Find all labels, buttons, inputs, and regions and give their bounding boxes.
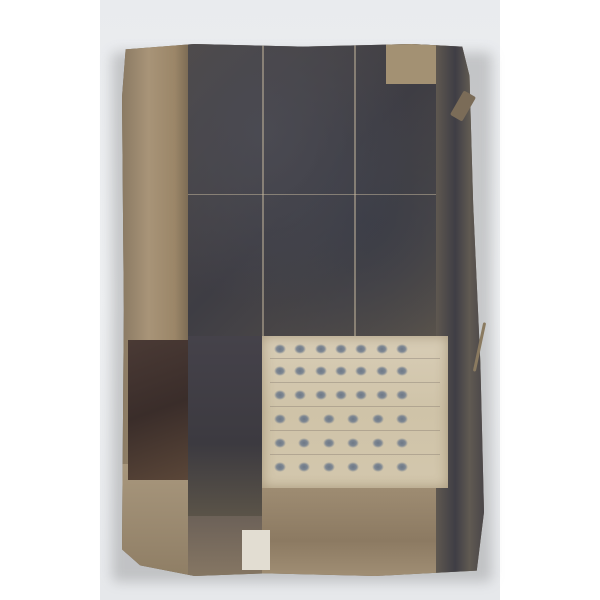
white-paper-tag — [242, 530, 270, 570]
handwriting-row — [274, 438, 408, 448]
handwriting-row — [274, 462, 408, 472]
horizontal-crease — [188, 194, 436, 195]
label-rule — [270, 430, 440, 431]
vertical-crease — [262, 44, 264, 336]
dark-cover-left-patch — [128, 340, 188, 480]
handwriting-row — [274, 390, 408, 400]
label-rule — [270, 358, 440, 359]
handwriting-row — [274, 414, 408, 424]
dark-cover-upper — [188, 44, 436, 336]
label-rule — [270, 406, 440, 407]
handwriting-row — [274, 366, 408, 376]
vertical-crease — [354, 44, 356, 336]
label-rule — [270, 382, 440, 383]
antique-book — [122, 44, 484, 576]
paper-label — [262, 336, 448, 488]
label-rule — [270, 454, 440, 455]
handwriting-row — [274, 344, 408, 354]
bottom-paper-band — [262, 488, 436, 576]
dark-cover-middle — [188, 336, 262, 516]
